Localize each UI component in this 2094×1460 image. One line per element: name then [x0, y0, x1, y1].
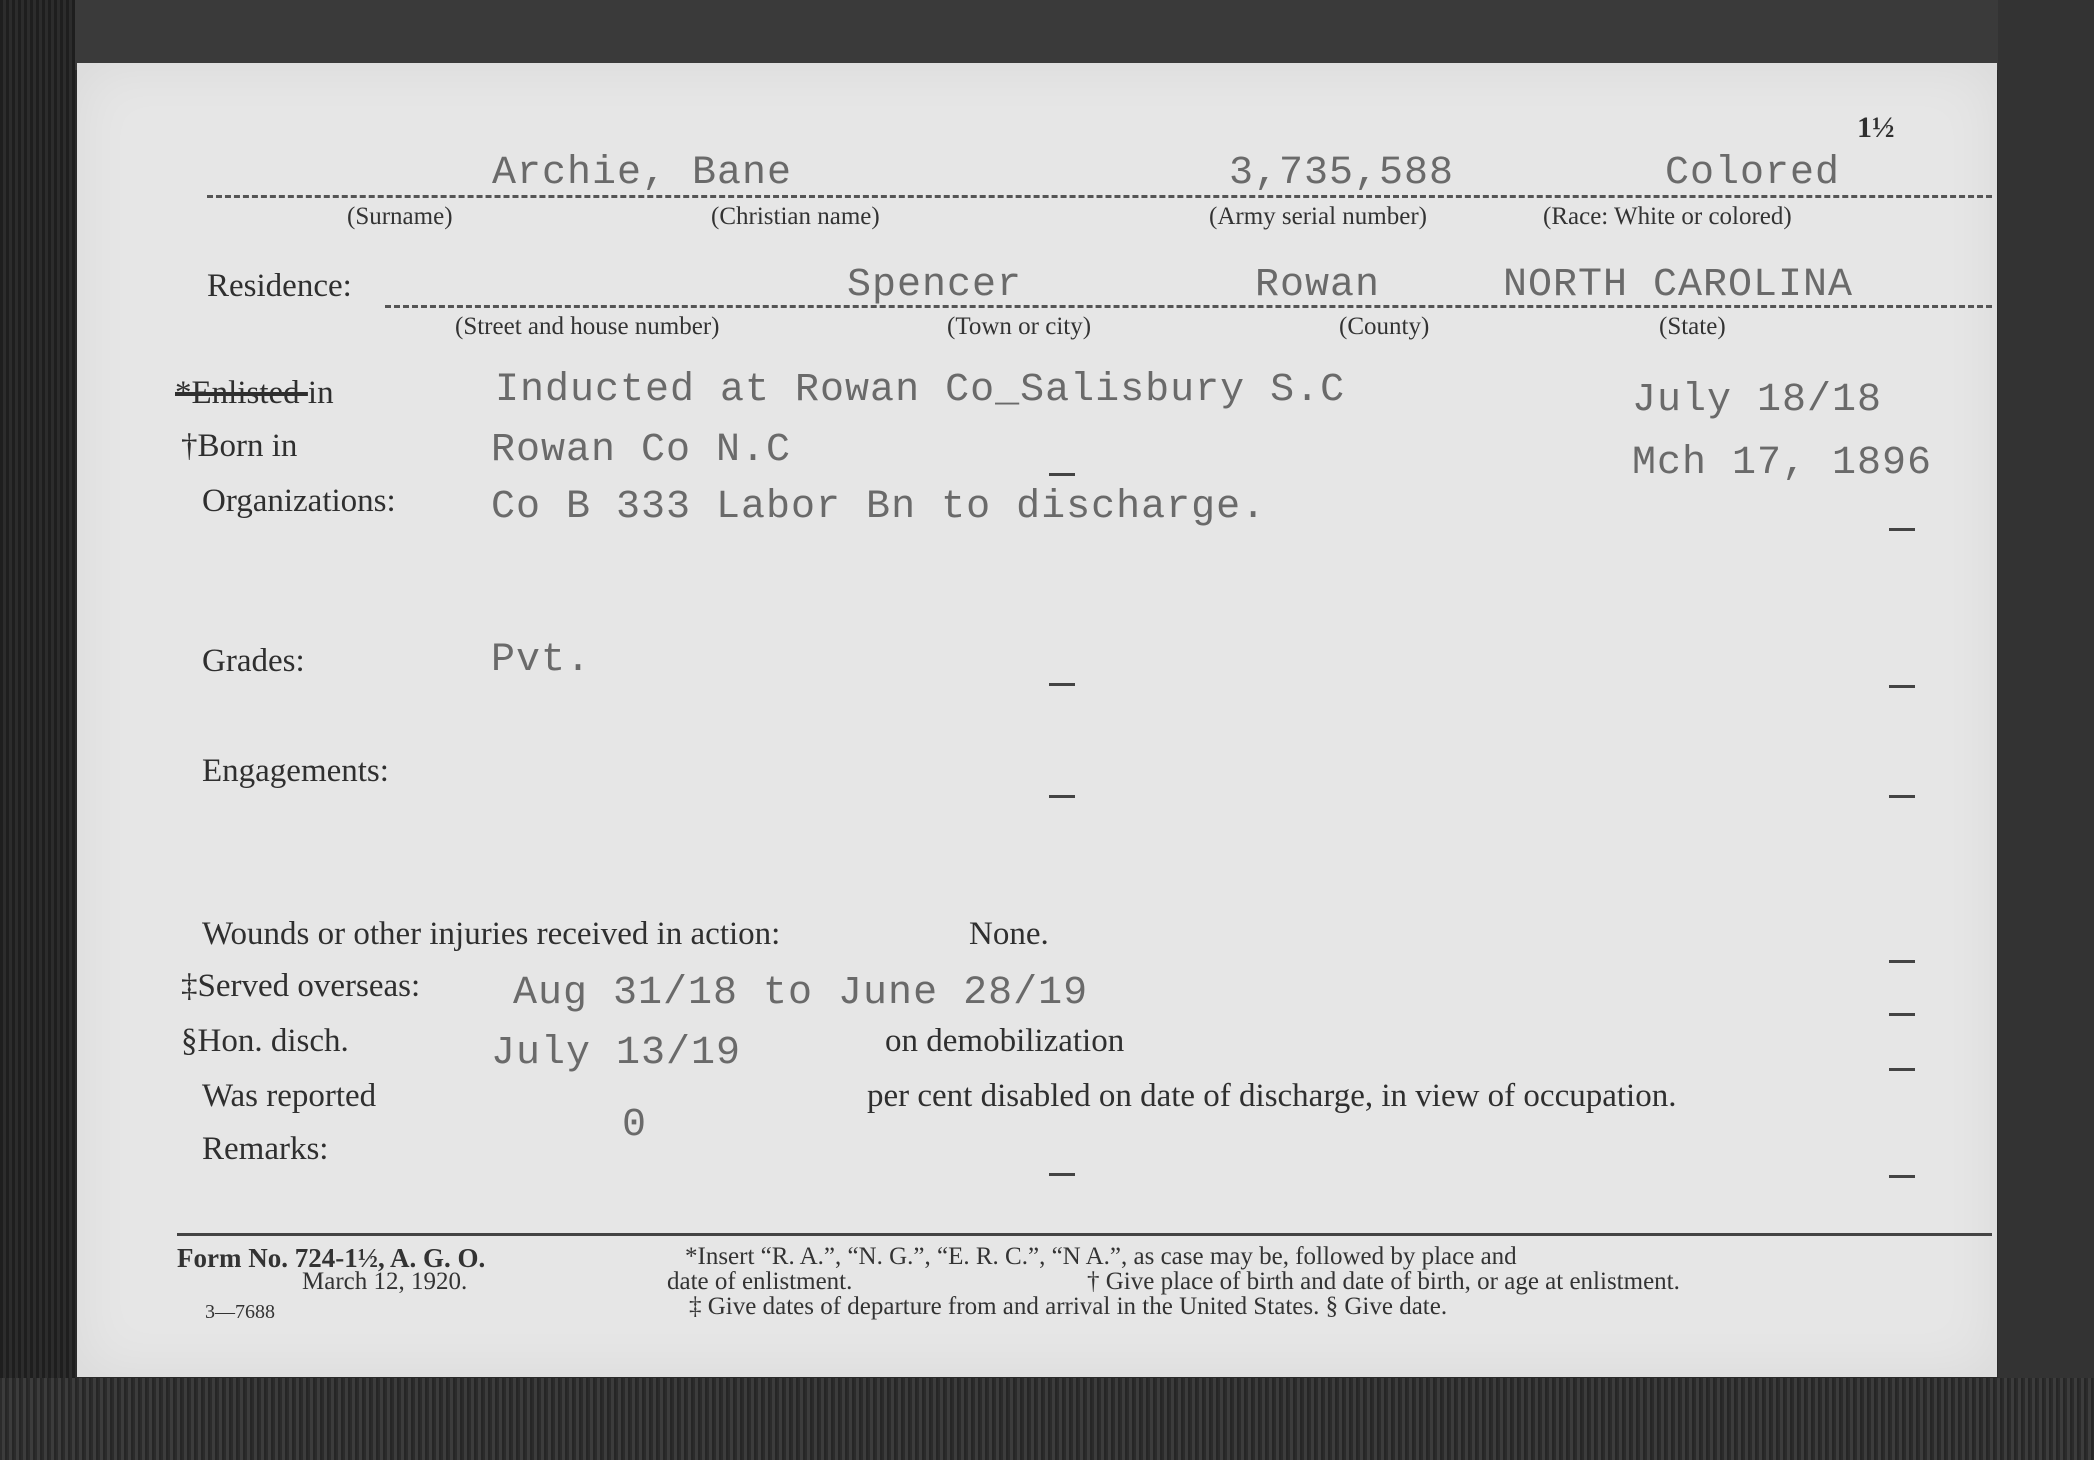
town-label: (Town or city) [947, 313, 1091, 341]
county-label: (County) [1339, 313, 1429, 341]
wounds-value: None. [969, 916, 1049, 953]
discharge-note: on demobilization [885, 1023, 1124, 1060]
discharge-value: July 13/19 [491, 1031, 741, 1076]
footer-rule [177, 1233, 1992, 1236]
overseas-value: Aug 31/18 to June 28/19 [513, 971, 1088, 1016]
service-record-card: 1½ Archie, Bane (Surname) (Christian nam… [77, 63, 1997, 1377]
footnote-1: *Insert “R. A.”, “N. G.”, “E. R. C.”, “N… [685, 1243, 1517, 1271]
enlisted-label: *Enlisted in [175, 375, 334, 412]
dash [1049, 683, 1075, 686]
county-value: Rowan [1255, 263, 1380, 308]
footnote-2: † Give place of birth and date of birth,… [1087, 1268, 1680, 1296]
dash [1049, 473, 1075, 476]
print-code: 3—7688 [205, 1301, 275, 1324]
grades-value: Pvt. [491, 638, 591, 683]
dash [1889, 1013, 1915, 1016]
scanner-background-right [1998, 0, 2094, 1460]
scanner-background-bottom [0, 1378, 2094, 1460]
organizations-label: Organizations: [202, 483, 396, 520]
street-label: (Street and house number) [455, 313, 720, 341]
organizations-value: Co B 333 Labor Bn to discharge. [491, 485, 1266, 530]
grades-label: Grades: [202, 643, 305, 680]
remarks-label: Remarks: [202, 1131, 328, 1168]
dash [1889, 795, 1915, 798]
overseas-label: ‡Served overseas: [181, 968, 420, 1005]
state-label: (State) [1659, 313, 1726, 341]
race-value: Colored [1665, 151, 1840, 196]
footnote-3: ‡ Give dates of departure from and arriv… [689, 1293, 1447, 1321]
christian-name-label: (Christian name) [711, 203, 880, 231]
state-value: NORTH CAROLINA [1503, 263, 1853, 308]
name-value: Archie, Bane [492, 151, 792, 196]
footnote-1b: date of enlistment. [667, 1268, 852, 1296]
form-date: March 12, 1920. [302, 1268, 467, 1296]
serial-value: 3,735,588 [1229, 151, 1454, 196]
enlisted-date: July 18/18 [1632, 378, 1882, 423]
enlisted-value: Inducted at Rowan Co_Salisbury S.C [495, 368, 1345, 413]
born-label: †Born in [181, 428, 297, 465]
wounds-label: Wounds or other injuries received in act… [202, 916, 780, 953]
enlisted-label-struck: *Enlisted [175, 375, 308, 411]
discharge-label: §Hon. disch. [181, 1023, 349, 1060]
dash [1049, 1173, 1075, 1176]
dash [1889, 528, 1915, 531]
surname-label: (Surname) [347, 203, 453, 231]
serial-label: (Army serial number) [1209, 203, 1427, 231]
engagements-label: Engagements: [202, 753, 389, 790]
scanner-background-top [0, 0, 2094, 70]
disability-label: Was reported [202, 1078, 376, 1115]
born-value: Rowan Co N.C [491, 428, 791, 473]
dash [1889, 1175, 1915, 1178]
born-date: Mch 17, 1896 [1632, 441, 1932, 486]
disability-value: 0 [622, 1103, 647, 1148]
dash [1889, 960, 1915, 963]
race-label: (Race: White or colored) [1543, 203, 1792, 231]
dash [1889, 685, 1915, 688]
enlisted-label-tail: in [308, 375, 334, 411]
corner-mark: 1½ [1857, 111, 1895, 145]
dash [1049, 795, 1075, 798]
disability-text: per cent disabled on date of discharge, … [867, 1078, 1676, 1115]
scanner-background-left [0, 0, 75, 1460]
residence-label: Residence: [207, 268, 352, 305]
dash [1889, 1068, 1915, 1071]
town-value: Spencer [847, 263, 1022, 308]
